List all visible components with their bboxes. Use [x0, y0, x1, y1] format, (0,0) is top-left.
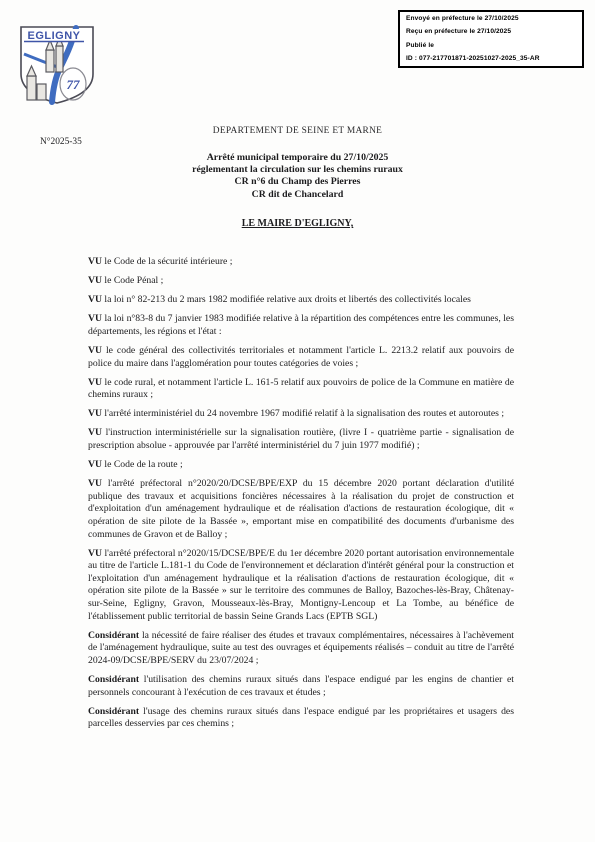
paragraph-vu-3: VU la loi n° 82-213 du 2 mars 1982 modif… [88, 294, 514, 307]
coat-of-arms-icon: 77 EGLIGNY [14, 22, 104, 108]
stamp-published-line: Publié le [406, 43, 577, 50]
prefecture-stamp: Envoyé en préfecture le 27/10/2025 Reçu … [398, 10, 584, 68]
paragraph-vu-9: VU le Code de la route ; [88, 459, 514, 472]
document-body: VU le Code de la sécurité intérieure ; V… [88, 256, 514, 737]
paragraph-vu-4: VU la loi n°83-8 du 7 janvier 1983 modif… [88, 313, 514, 338]
document-title: Arrêté municipal temporaire du 27/10/202… [0, 152, 595, 201]
document-number: N°2025-35 [40, 137, 82, 147]
salutation-text: LE MAIRE D'EGLIGNY, [242, 218, 354, 229]
department-heading: DEPARTEMENT DE SEINE ET MARNE [0, 126, 595, 136]
paragraph-vu-8: VU l'instruction interministérielle sur … [88, 427, 514, 452]
logo-commune-name: EGLIGNY [27, 30, 80, 42]
paragraph-vu-1: VU le Code de la sécurité intérieure ; [88, 256, 514, 269]
paragraph-vu-10: VU l'arrêté préfectoral n°2020/20/DCSE/B… [88, 478, 514, 541]
stamp-sent-line: Envoyé en préfecture le 27/10/2025 [406, 16, 577, 23]
stamp-id-line: ID : 077-217701871-20251027-2025_35-AR [406, 56, 577, 63]
paragraph-considerant-1: Considérant la nécessité de faire réalis… [88, 630, 514, 668]
paragraph-vu-2: VU le Code Pénal ; [88, 275, 514, 288]
stamp-received-line: Reçu en préfecture le 27/10/2025 [406, 29, 577, 36]
paragraph-considerant-2: Considérant l'utilisation des chemins ru… [88, 674, 514, 699]
paragraph-considerant-3: Considérant l'usage des chemins ruraux s… [88, 706, 514, 731]
logo-department-number: 77 [67, 77, 81, 92]
document-page: Envoyé en préfecture le 27/10/2025 Reçu … [0, 0, 595, 842]
title-line-1: Arrêté municipal temporaire du 27/10/202… [0, 152, 595, 164]
paragraph-vu-11: VU l'arrêté préfectoral n°2020/15/DCSE/B… [88, 548, 514, 624]
egligny-coat-of-arms: 77 EGLIGNY [14, 22, 104, 108]
paragraph-vu-7: VU l'arrêté interministériel du 24 novem… [88, 408, 514, 421]
title-line-3: CR n°6 du Champ des Pierres [0, 176, 595, 188]
title-line-4: CR dit de Chancelard [0, 189, 595, 201]
title-line-2: réglementant la circulation sur les chem… [0, 164, 595, 176]
salutation: LE MAIRE D'EGLIGNY, [0, 218, 595, 229]
paragraph-vu-5: VU le code général des collectivités ter… [88, 345, 514, 370]
paragraph-vu-6: VU le code rural, et notamment l'article… [88, 377, 514, 402]
